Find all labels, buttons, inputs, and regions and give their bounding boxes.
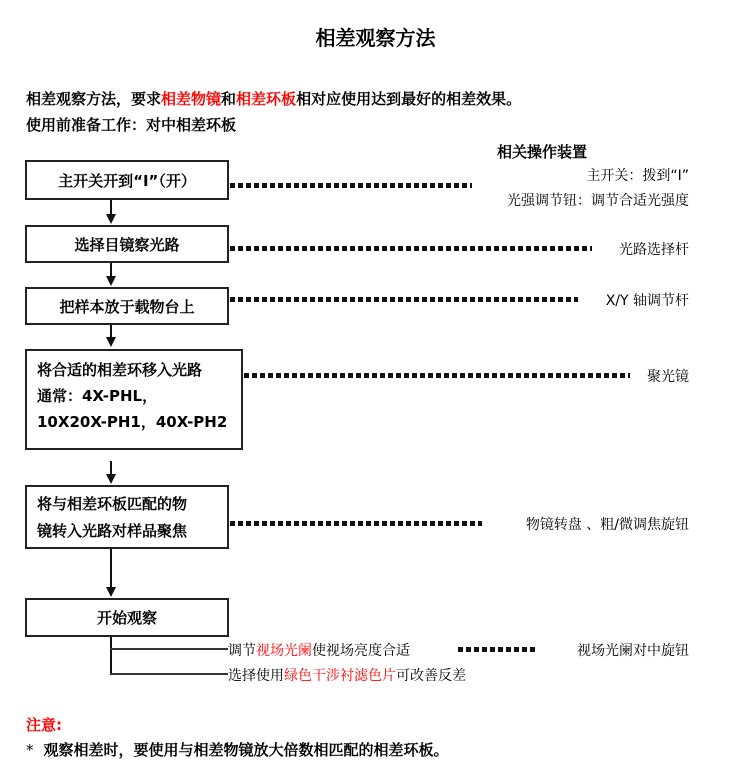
sub-step-text: 使视场亮度合适 [312, 643, 410, 659]
highlight-field-diaphragm: 视场光阑 [256, 643, 312, 659]
step-3-box: 把样本放于载物台上 [25, 287, 229, 325]
sub-step-text: 调节 [228, 643, 256, 659]
arrow-down-icon [106, 276, 116, 286]
sub-step-1: 调节视场光阑使视场亮度合适 [228, 640, 410, 660]
device-label: 光路选择杆 [619, 239, 689, 259]
flow-line [110, 637, 112, 674]
step-2-box: 选择目镜察光路 [25, 225, 229, 263]
dotted-connector [230, 183, 472, 188]
arrow-down-icon [106, 214, 116, 224]
flow-line [110, 549, 112, 589]
highlight-phase-ring: 相差环板 [236, 90, 296, 108]
arrow-down-icon [106, 587, 116, 597]
device-label: 主开关：拨到“I” [586, 165, 689, 185]
device-label: X/Y 轴调节杆 [606, 290, 689, 310]
dotted-connector [244, 373, 630, 378]
step-4-box: 将合适的相差环移入光路 通常：4X-PHL， 10X20X-PH1，40X-PH… [25, 349, 243, 450]
dotted-connector [230, 297, 578, 302]
sub-step-text: 可改善反差 [396, 668, 466, 684]
step-label: 开始观察 [97, 607, 157, 628]
step-label: 选择目镜察光路 [74, 234, 179, 255]
step-5-box: 将与相差环板匹配的物 镜转入光路对样品聚焦 [25, 485, 229, 549]
branch-line [110, 648, 228, 650]
step-1-box: 主开关开到“I”（开） [25, 160, 229, 200]
intro-text: 和 [221, 90, 236, 108]
step-label: 将与相差环板匹配的物 [37, 491, 187, 518]
device-label: 物镜转盘 、粗/微调焦旋钮 [526, 514, 689, 534]
step-label: 将合适的相差环移入光路 [37, 357, 202, 383]
step-label: 镜转入光路对样品聚焦 [37, 518, 187, 545]
asterisk-icon: * [26, 741, 34, 759]
dotted-connector [230, 521, 482, 526]
step-label: 10X20X-PH1，40X-PH2 [37, 409, 227, 435]
step-label: 把样本放于载物台上 [59, 296, 194, 317]
note-item: *观察相差时，要使用与相差物镜放大倍数相匹配的相差环板。 [26, 739, 449, 760]
page-title: 相差观察方法 [0, 22, 751, 51]
dotted-connector [458, 647, 538, 652]
highlight-phase-objective: 相差物镜 [161, 90, 221, 108]
devices-header: 相关操作装置 [497, 141, 587, 162]
intro-text: 相对应使用达到最好的相差效果。 [296, 90, 521, 108]
arrow-down-icon [106, 474, 116, 484]
device-label: 聚光镜 [647, 366, 689, 386]
intro-line-1: 相差观察方法，要求相差物镜和相差环板相对应使用达到最好的相差效果。 [26, 88, 521, 109]
device-label: 光强调节钮：调节合适光强度 [507, 190, 689, 210]
dotted-connector [230, 246, 592, 251]
intro-line-2: 使用前准备工作：对中相差环板 [26, 114, 236, 135]
step-label: 主开关开到“I”（开） [58, 170, 196, 191]
intro-text: 相差观察方法，要求 [26, 90, 161, 108]
sub-step-2: 选择使用绿色干涉衬滤色片可改善反差 [228, 665, 466, 685]
step-label: 通常：4X-PHL， [37, 383, 157, 409]
sub-step-text: 选择使用 [228, 668, 284, 684]
note-heading: 注意: [26, 714, 62, 735]
arrow-down-icon [106, 337, 116, 347]
branch-line [110, 673, 228, 675]
highlight-green-filter: 绿色干涉衬滤色片 [284, 668, 396, 684]
device-label: 视场光阑对中旋钮 [577, 640, 689, 660]
note-text: 观察相差时，要使用与相差物镜放大倍数相匹配的相差环板。 [44, 741, 449, 759]
step-6-box: 开始观察 [25, 598, 229, 637]
